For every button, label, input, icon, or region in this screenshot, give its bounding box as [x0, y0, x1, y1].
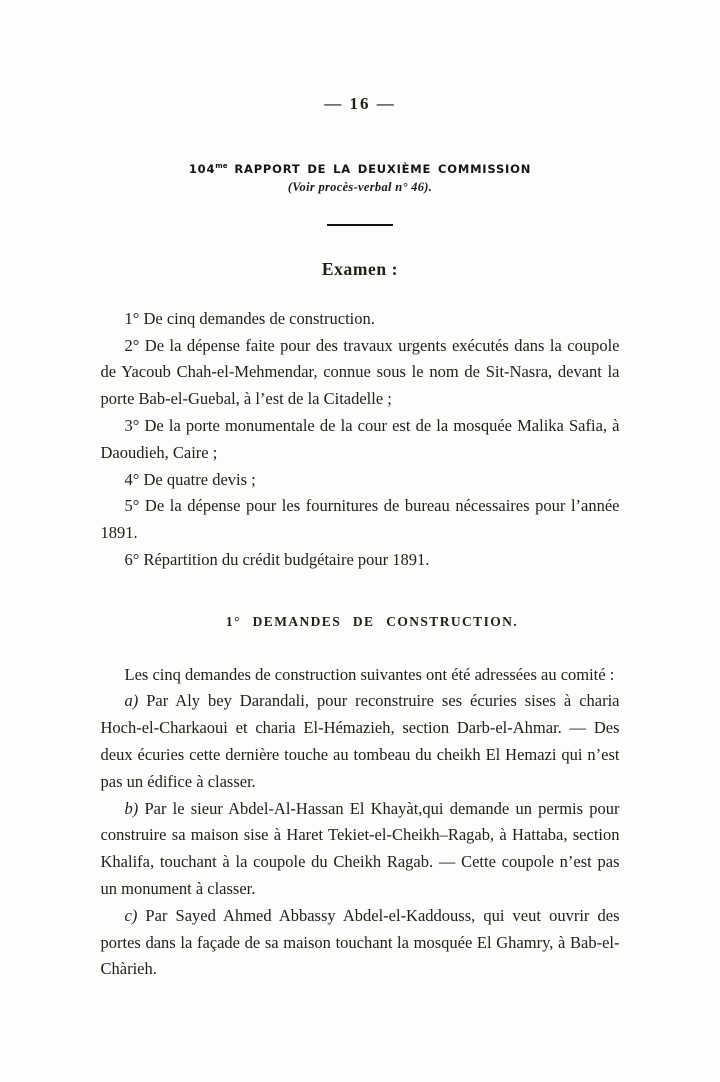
- request-label-b: b): [125, 799, 139, 818]
- report-title-text: RAPPORT DE LA DEUXIÈME COMMISSION: [228, 162, 532, 176]
- request-text-c: Par Sayed Ahmed Abbassy Abdel-el-Kaddous…: [101, 906, 620, 979]
- report-title-number: 104: [189, 162, 215, 176]
- examen-item-4: 4° De quatre devis ;: [101, 467, 620, 494]
- request-paragraph-b: b) Par le sieur Abdel-Al-Hassan El Khayà…: [101, 796, 620, 903]
- divider-rule: [327, 224, 393, 226]
- report-title-superscript: me: [215, 161, 227, 170]
- examen-heading: Examen :: [0, 259, 720, 280]
- request-paragraph-c: c) Par Sayed Ahmed Abbassy Abdel-el-Kadd…: [101, 903, 620, 983]
- request-paragraph-a: a) Par Aly bey Darandali, pour reconstru…: [101, 688, 620, 795]
- request-label-c: c): [125, 906, 138, 925]
- document-body: 1° De cinq demandes de construction. 2° …: [101, 306, 620, 983]
- examen-item-5: 5° De la dépense pour les fournitures de…: [101, 493, 620, 547]
- report-subtitle: (Voir procès-verbal n° 46).: [0, 180, 720, 195]
- examen-item-1: 1° De cinq demandes de construction.: [101, 306, 620, 333]
- request-text-a: Par Aly bey Darandali, pour reconstruire…: [101, 691, 620, 790]
- request-text-b: Par le sieur Abdel-Al-Hassan El Khayàt,q…: [101, 799, 620, 898]
- request-label-a: a): [125, 691, 139, 710]
- examen-item-2: 2° De la dépense faite pour des travaux …: [101, 333, 620, 413]
- intro-paragraph: Les cinq demandes de construction suivan…: [101, 662, 620, 689]
- examen-item-6: 6° Répartition du crédit budgétaire pour…: [101, 547, 620, 574]
- report-title: 104me RAPPORT DE LA DEUXIÈME COMMISSION: [0, 161, 720, 176]
- examen-item-3: 3° De la porte monumentale de la cour es…: [101, 413, 620, 467]
- section-heading: 1° DEMANDES DE CONSTRUCTION.: [101, 609, 620, 636]
- document-page: — 16 — 104me RAPPORT DE LA DEUXIÈME COMM…: [0, 0, 720, 1082]
- page-number: — 16 —: [0, 94, 720, 114]
